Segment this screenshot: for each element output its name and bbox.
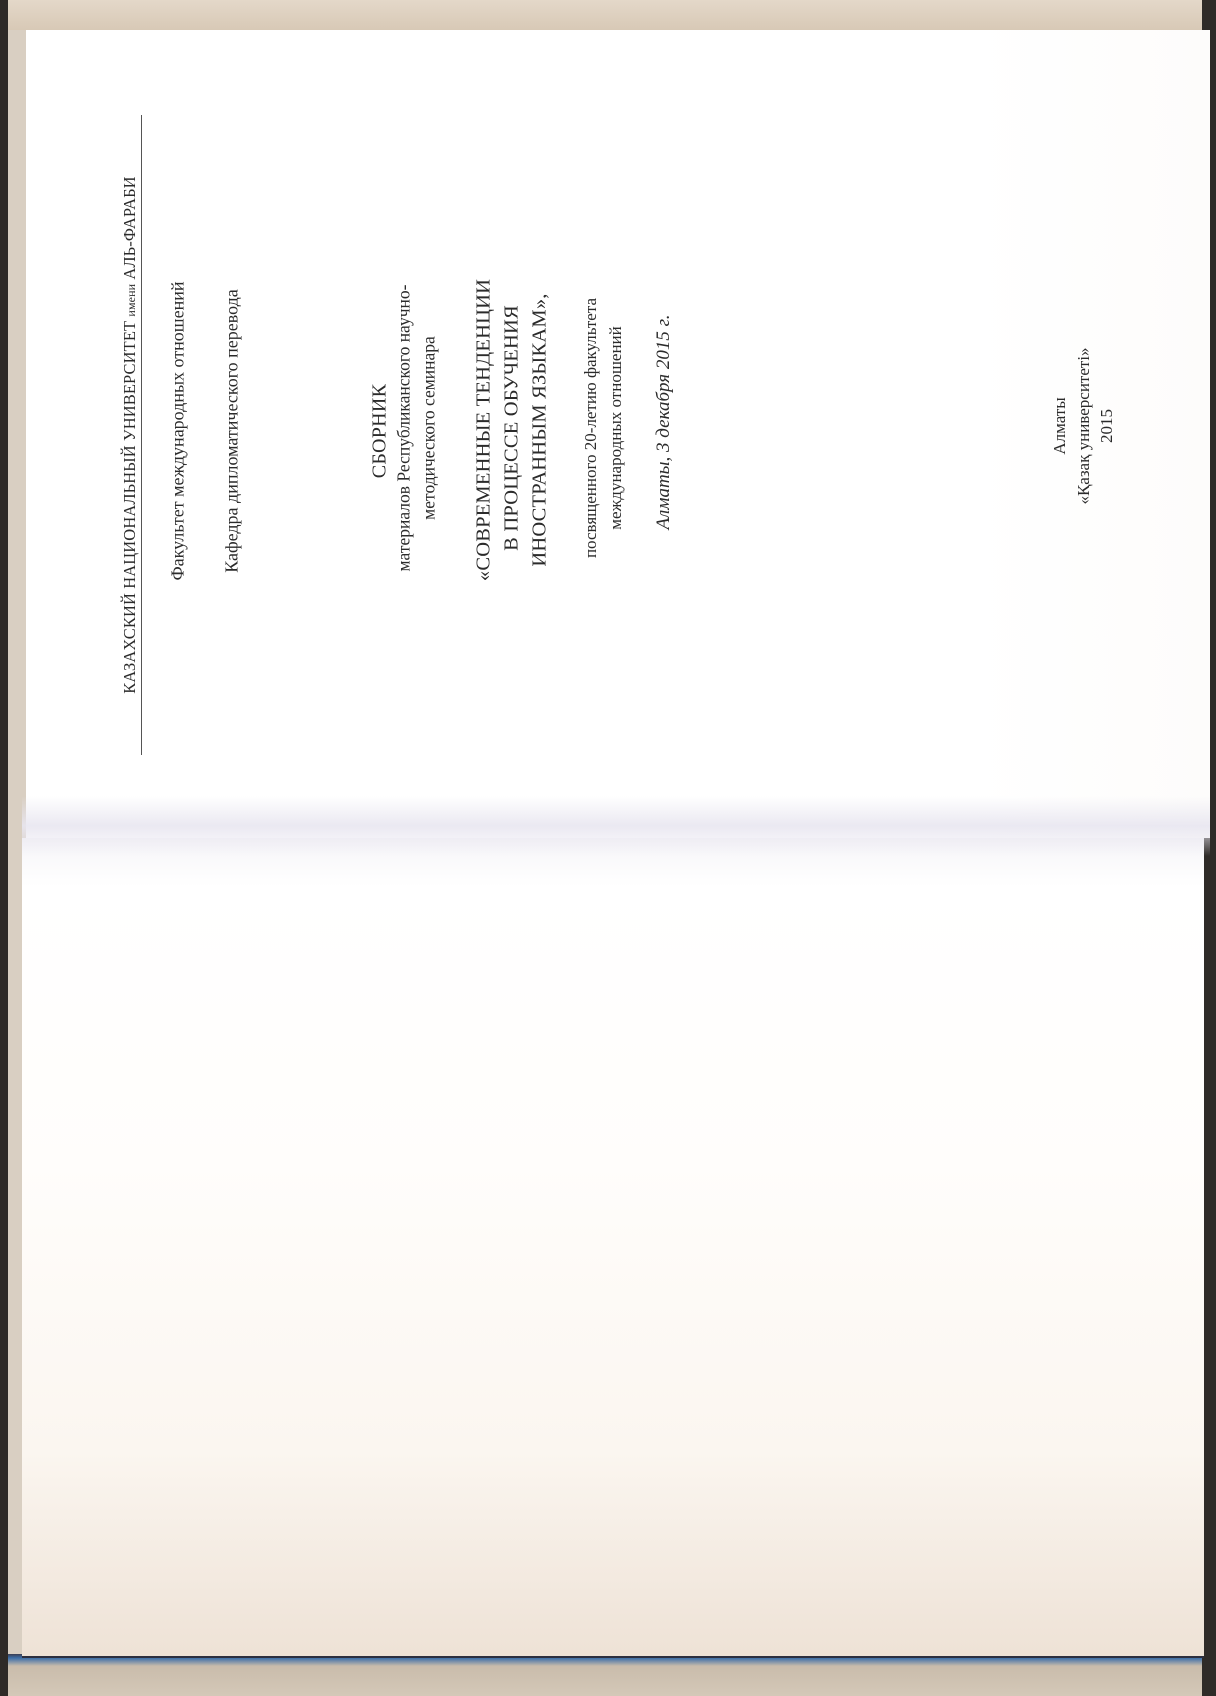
scanner-bed-top (8, 0, 1202, 30)
imprint-city: Алматы (1050, 397, 1070, 454)
scanner-bed-bottom (8, 1654, 1202, 1696)
university-person: АЛЬ-ФАРАБИ (120, 176, 139, 284)
university-named-after: имени (124, 284, 138, 317)
seminar-title-line-2: В ПРОЦЕССЕ ОБУЧЕНИЯ (501, 305, 524, 551)
dedication-line-1: посвященного 20-летию факультета (581, 298, 601, 558)
university-name: КАЗАХСКИЙ НАЦИОНАЛЬНЫЙ УНИВЕРСИТЕТ имени… (120, 176, 140, 693)
seminar-title-line-1: «СОВРЕМЕННЫЕ ТЕНДЕНЦИИ (473, 279, 496, 581)
dedication-line-2: международных отношений (606, 326, 626, 530)
imprint-year: 2015 (1097, 409, 1117, 443)
page-lower-half (22, 838, 1204, 1656)
collection-label: СБОРНИК (369, 384, 392, 479)
materials-line-1: материалов Республиканского научно- (394, 285, 415, 572)
seminar-title-line-3: ИНОСТРАННЫМ ЯЗЫКАМ», (529, 293, 552, 566)
event-date: Алматы, 3 декабря 2015 г. (653, 314, 675, 529)
department-name: Кафедра дипломатического перевода (222, 289, 243, 573)
imprint-publisher: «Қазақ университеті» (1074, 347, 1094, 504)
page-fold (22, 796, 1210, 856)
faculty-name: Факультет международных отношений (168, 281, 189, 580)
university-main: КАЗАХСКИЙ НАЦИОНАЛЬНЫЙ УНИВЕРСИТЕТ (120, 317, 139, 694)
scanner-edge-left (0, 0, 8, 1696)
materials-line-2: методического семинара (419, 336, 440, 520)
header-rule (141, 115, 142, 755)
